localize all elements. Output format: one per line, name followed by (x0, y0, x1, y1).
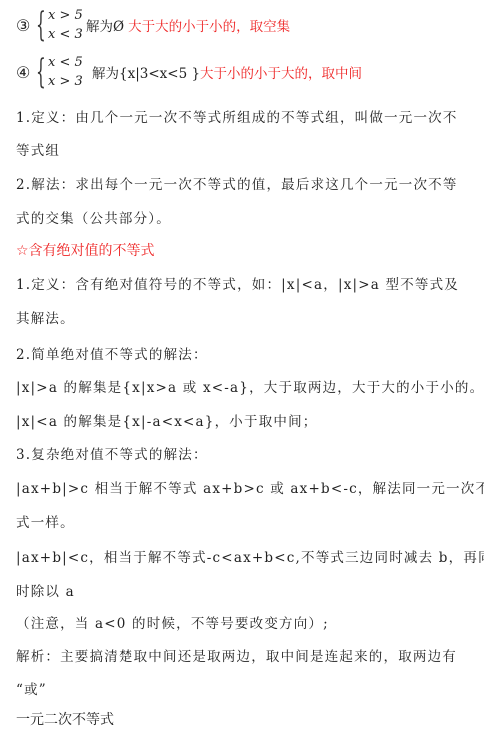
direction-note: （注意，当 a<0 的时候，不等号要改变方向）; (16, 612, 329, 632)
left-brace-icon: { (36, 55, 41, 89)
group-method-line2: 式的交集（公共部分）。 (16, 207, 171, 227)
next-section-heading: 一元二次不等式 (16, 709, 114, 729)
condition: x > 5 (48, 6, 86, 25)
circled-number-3: ③ (16, 16, 36, 35)
complex-abs-lt-line2: 时除以 a (16, 580, 75, 600)
complex-abs-lt-line1: |ax+b|<c，相当于解不等式-c<ax+b<c,不等式三边同时减去 b，再同 (16, 546, 484, 566)
system-note: 大于小的小于大的，取中间 (200, 62, 362, 82)
complex-abs-gt-line1: |ax+b|>c 相当于解不等式 ax+b>c 或 ax+b<-c，解法同一元一… (16, 477, 484, 497)
simple-abs-title: 2.简单绝对值不等式的解法： (16, 343, 208, 363)
complex-abs-gt-line2: 式一样。 (16, 511, 75, 531)
abs-section-heading: ☆含有绝对值的不等式 (16, 240, 155, 260)
condition: x < 3 (48, 25, 86, 44)
complex-abs-title: 3.复杂绝对值不等式的解法： (16, 443, 208, 463)
group-method-line1: 2.解法：求出每个一元一次不等式的值，最后求这几个一元一次不等 (16, 173, 458, 193)
group-definition-line2: 等式组 (16, 139, 60, 159)
inequality-system-3: ③ { x > 5 x < 3 解为Ø 大于大的小于小的，取空集 (16, 5, 290, 45)
abs-definition-line1: 1.定义：含有绝对值符号的不等式，如：|x|<a，|x|>a 型不等式及 (16, 273, 459, 293)
abs-definition-line2: 其解法。 (16, 307, 75, 327)
condition: x > 3 (48, 72, 86, 91)
system-note: 大于大的小于小的，取空集 (128, 15, 290, 35)
inequality-system-4: ④ { x < 5 x > 3 解为{x|3<x<5 } 大于小的小于大的，取中… (16, 52, 362, 92)
simple-abs-lt: |x|<a 的解集是{x|-a<x<a}，小于取中间； (16, 410, 318, 430)
circled-number-4: ④ (16, 63, 36, 82)
analysis-line1: 解析：主要搞清楚取中间还是取两边，取中间是连起来的，取两边有 (16, 645, 457, 665)
group-definition-line1: 1.定义：由几个一元一次不等式所组成的不等式组，叫做一元一次不 (16, 106, 458, 126)
left-brace-icon: { (36, 8, 41, 42)
condition: x < 5 (48, 53, 86, 72)
system-solution: 解为{x|3<x<5 } (92, 62, 200, 82)
system-solution: 解为Ø (86, 15, 124, 35)
simple-abs-gt: |x|>a 的解集是{x|x>a 或 x<-a}，大于取两边，大于大的小于小的。 (16, 376, 484, 396)
system-conditions: x > 5 x < 3 (48, 6, 86, 44)
analysis-line2: “或” (16, 678, 47, 698)
system-conditions: x < 5 x > 3 (48, 53, 86, 91)
